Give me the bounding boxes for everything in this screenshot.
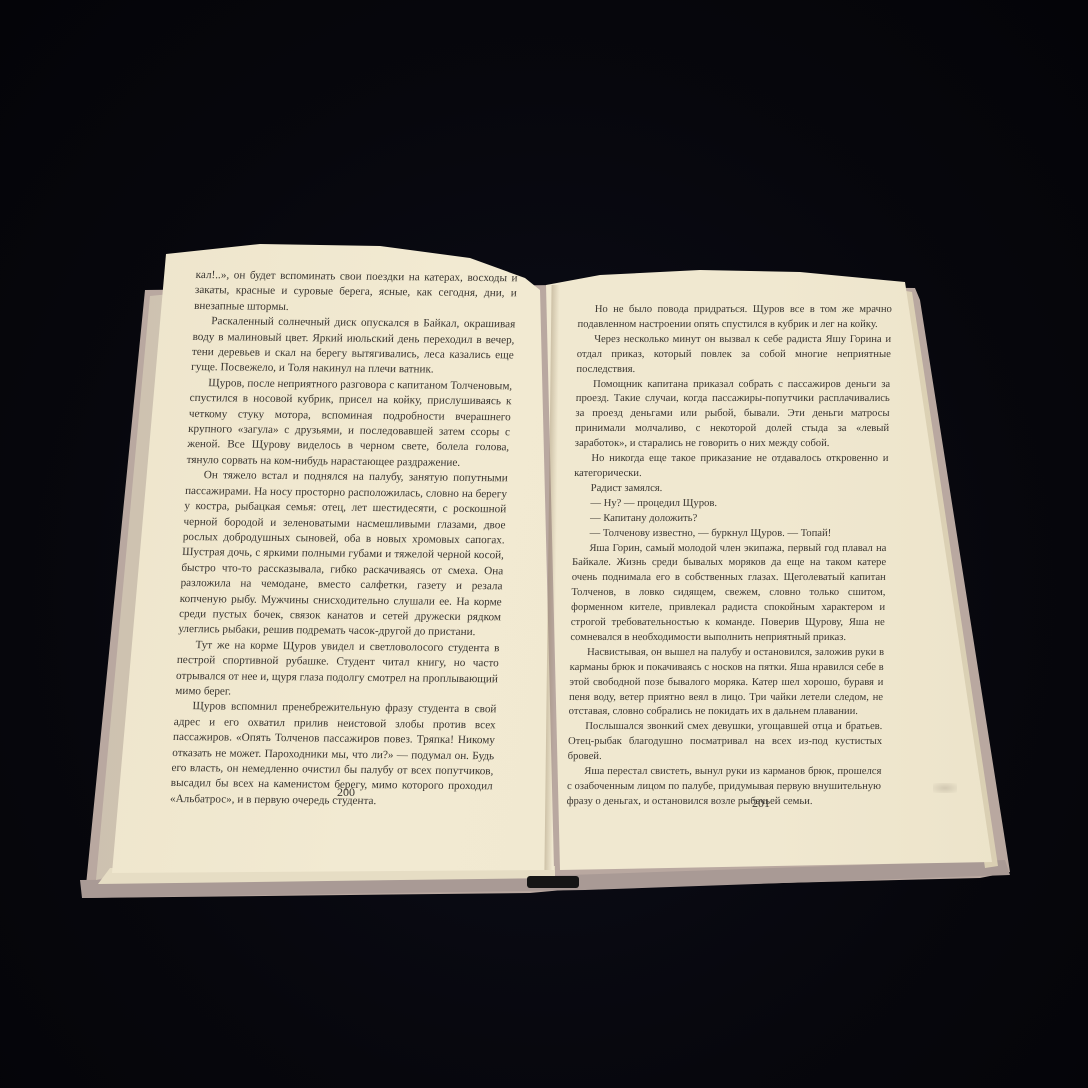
dialogue-line: — Толченову известно, — буркнул Щуров. —…: [573, 527, 887, 542]
paragraph: Насвистывая, он вышел на палубу и остано…: [569, 646, 885, 721]
paragraph: Но не было повода придраться. Щуров все …: [577, 303, 892, 333]
paragraph: Он тяжело встал и поднялся на палубу, за…: [178, 468, 508, 641]
paragraph: Радист замялся.: [574, 482, 888, 497]
paragraph: Яша Горин, самый молодой член экипажа, п…: [570, 542, 886, 646]
paragraph: Через несколько минут он вызвал к себе р…: [576, 333, 891, 378]
paragraph: Но никогда еще такое приказание не отдав…: [574, 452, 889, 482]
paragraph: Яша перестал свистеть, вынул руки из кар…: [566, 765, 881, 810]
photo-scene: кал!..», он будет вспоминать свои поездк…: [0, 0, 1088, 1088]
paragraph: Щуров вспомнил пренебрежительную фразу с…: [170, 699, 497, 810]
paragraph: Тут же на корме Щуров увидел и светловол…: [175, 638, 500, 703]
page-number-left: 200: [337, 785, 355, 800]
right-page-text: Но не было повода придраться. Щуров все …: [566, 303, 892, 810]
paragraph: Послышался звонкий смех девушки, угощавш…: [568, 720, 883, 765]
paragraph: кал!..», он будет вспоминать свои поездк…: [194, 268, 518, 318]
paragraph: Раскаленный солнечный диск опускался в Б…: [191, 314, 516, 379]
dialogue-line: — Ну? — процедил Щуров.: [573, 497, 887, 512]
left-page-text: кал!..», он будет вспоминать свои поездк…: [170, 268, 518, 811]
page-number-right: 201: [752, 796, 770, 811]
pencil-mark: [933, 783, 957, 793]
paragraph: Щуров, после неприятного разговора с кап…: [186, 376, 512, 472]
dialogue-line: — Капитану доложить?: [573, 512, 887, 527]
bookmark-ribbon: [527, 876, 579, 888]
paragraph: Помощник капитана приказал собрать с пас…: [575, 378, 891, 453]
